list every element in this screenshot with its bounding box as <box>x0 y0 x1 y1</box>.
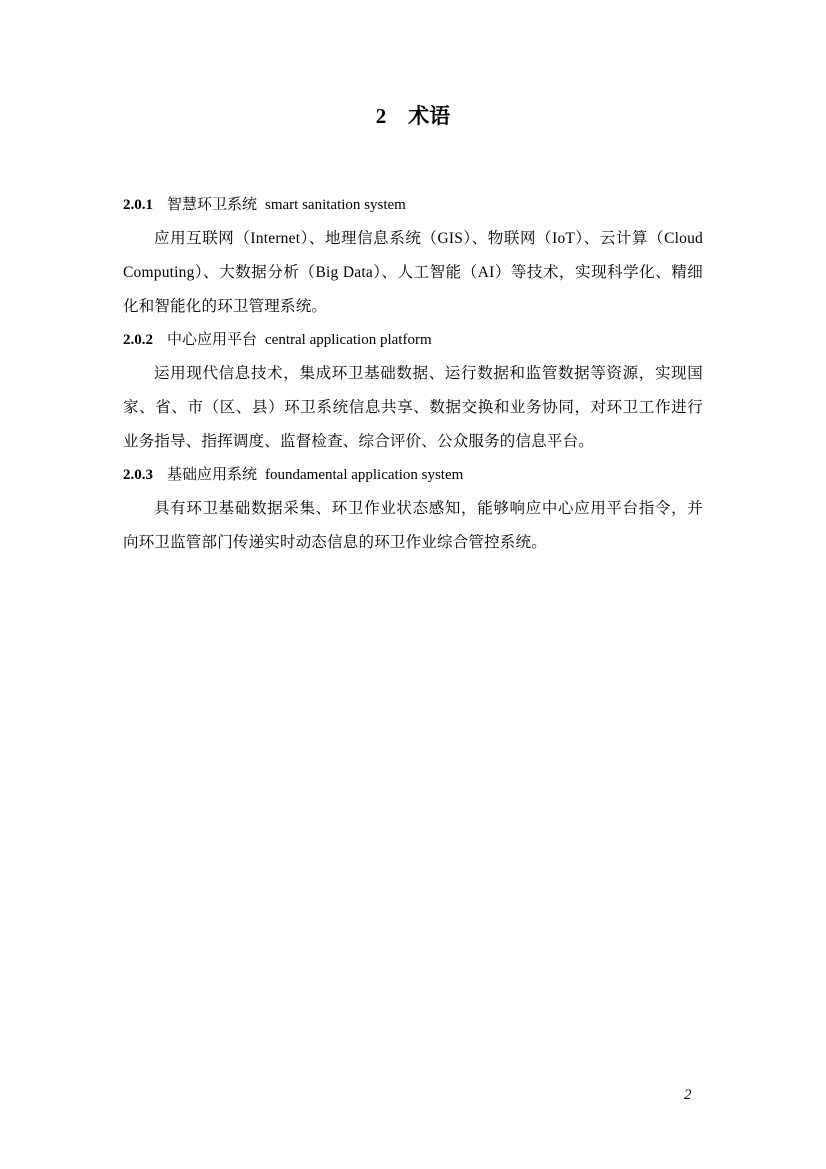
term-chinese-name: 智慧环卫系统 <box>167 197 257 213</box>
term-chinese-name: 中心应用平台 <box>167 332 257 348</box>
term-chinese-name: 基础应用系统 <box>167 467 257 483</box>
term-definition: 运用现代信息技术，集成环卫基础数据、运行数据和监管数据等资源，实现国家、省、市（… <box>123 357 703 459</box>
term-definition: 具有环卫基础数据采集、环卫作业状态感知，能够响应中心应用平台指令，并向环卫监管部… <box>123 492 703 560</box>
term-entry: 2.0.1智慧环卫系统smart sanitation system 应用互联网… <box>123 189 703 324</box>
document-page: 2术语 2.0.1智慧环卫系统smart sanitation system 应… <box>0 0 826 1169</box>
chapter-heading: 2术语 <box>0 101 826 131</box>
term-heading: 2.0.1智慧环卫系统smart sanitation system <box>123 189 703 222</box>
term-english-name: foundamental application system <box>265 467 463 483</box>
term-english-name: smart sanitation system <box>265 197 406 213</box>
term-english-name: central application platform <box>265 332 432 348</box>
page-number: 2 <box>684 1085 692 1105</box>
term-definition: 应用互联网（Internet）、地理信息系统（GIS）、物联网（IoT）、云计算… <box>123 222 703 324</box>
term-entry: 2.0.3基础应用系统foundamental application syst… <box>123 459 703 560</box>
chapter-number: 2 <box>376 104 387 128</box>
chapter-title-text: 术语 <box>408 104 450 128</box>
terms-list: 2.0.1智慧环卫系统smart sanitation system 应用互联网… <box>123 189 703 560</box>
term-heading: 2.0.3基础应用系统foundamental application syst… <box>123 459 703 492</box>
term-number: 2.0.1 <box>123 197 153 213</box>
term-number: 2.0.3 <box>123 467 153 483</box>
term-number: 2.0.2 <box>123 332 153 348</box>
term-heading: 2.0.2中心应用平台central application platform <box>123 324 703 357</box>
term-entry: 2.0.2中心应用平台central application platform … <box>123 324 703 459</box>
